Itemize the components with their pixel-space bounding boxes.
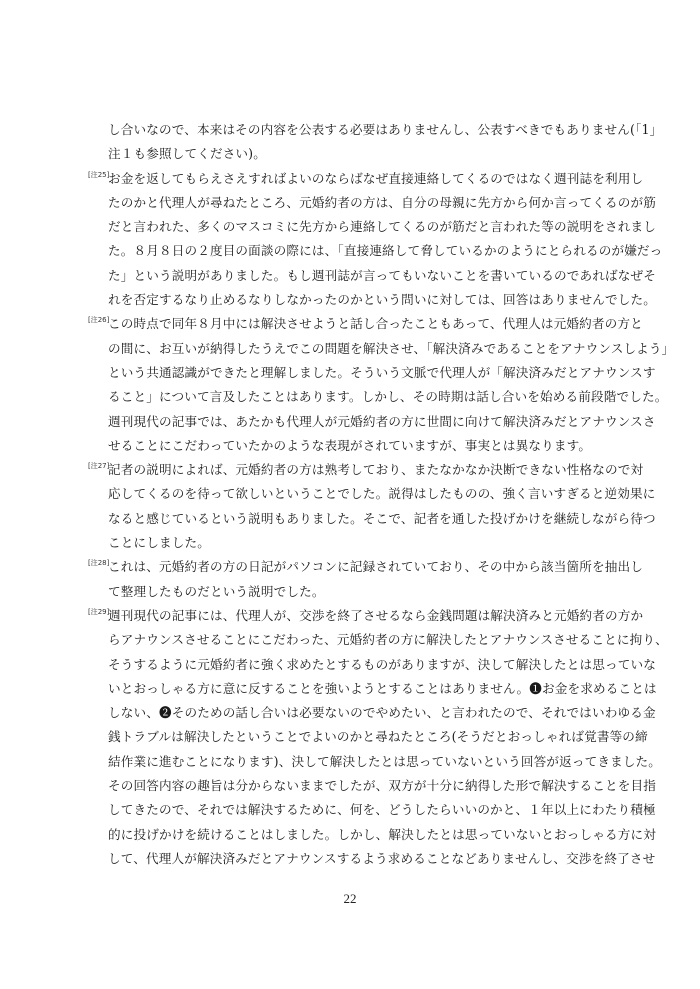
- text-line: お金を返してもらえさえすればよいのならばなぜ直接連絡してくるのではなく週刊誌を利…: [108, 167, 636, 191]
- footnote-25: [注25] お金を返してもらえさえすればよいのならばなぜ直接連絡してくるのではな…: [88, 167, 636, 313]
- text-line: そうするように元婚約者に強く求めたとするものがありますが、決して解決したとは思っ…: [108, 653, 636, 677]
- footnote-26: [注26] この時点で同年８月中には解決させようと話し合ったこともあって、代理人…: [88, 312, 636, 458]
- text-line: 的に投げかけを続けることはしました。しかし、解決したとは思っていないとおっしゃる…: [108, 823, 636, 847]
- text-line: 応してくるのを待って欲しいということでした。説得はしたものの、強く言いすぎると逆…: [108, 482, 636, 506]
- text-line: この時点で同年８月中には解決させようと話し合ったこともあって、代理人は元婚約者の…: [108, 312, 636, 336]
- text-line: 記者の説明によれば、元婚約者の方は熟考しており、またなかなか決断できない性格なの…: [108, 458, 636, 482]
- text-line: してきたので、それでは解決するために、何を、どうしたらいいのかと、１年以上にわた…: [108, 798, 636, 822]
- note-marker: [注25]: [88, 170, 109, 180]
- footnote-29: [注29] 週刊現代の記事には、代理人が、交渉を終了させるなら金銭問題は解決済み…: [88, 604, 636, 871]
- text-line: しない、❷そのための話し合いは必要ないのでやめたい、と言われたので、それではいわ…: [108, 701, 636, 725]
- text-line: たのかと代理人が尋ねたところ、元婚約者の方は、自分の母親に先方から何か言ってくる…: [108, 191, 636, 215]
- document-page: し合いなので、本来はその内容を公表する必要はありませんし、公表すべきでもありませ…: [0, 0, 700, 989]
- footnote-28: [注28] これは、元婚約者の方の日記がパソコンに記録されていており、その中から…: [88, 555, 636, 604]
- text-line: 週刊現代の記事には、代理人が、交渉を終了させるなら金銭問題は解決済みと元婚約者の…: [108, 604, 636, 628]
- note-marker: [注29]: [88, 607, 109, 617]
- continuation-paragraph: し合いなので、本来はその内容を公表する必要はありませんし、公表すべきでもありませ…: [88, 118, 636, 167]
- text-line: これは、元婚約者の方の日記がパソコンに記録されていており、その中から該当箇所を抽…: [108, 555, 636, 579]
- footnote-27: [注27] 記者の説明によれば、元婚約者の方は熟考しており、またなかなか決断でき…: [88, 458, 636, 555]
- text-line: だと言われた、多くのマスコミに先方から連絡してくるのが筋だと言われた等の説明をさ…: [108, 215, 636, 239]
- text-line: いとおっしゃる方に意に反することを強いようとすることはありません。❶お金を求める…: [108, 677, 636, 701]
- text-line: 注１も参照してください)。: [108, 142, 636, 166]
- text-line: なると感じているという説明もありました。そこで、記者を通した投げかけを継続しなが…: [108, 507, 636, 531]
- page-body: し合いなので、本来はその内容を公表する必要はありませんし、公表すべきでもありませ…: [88, 118, 636, 871]
- text-line: ことにしました。: [108, 531, 636, 555]
- text-line: せることにこだわっていたかのような表現がされていますが、事実とは異なります。: [108, 434, 636, 458]
- note-marker: [注27]: [88, 461, 109, 471]
- text-line: して、代理人が解決済みだとアナウンスするよう求めることなどありませんし、交渉を終…: [108, 847, 636, 871]
- text-line: という共通認識ができたと理解しました。そういう文脈で代理人が「解決済みだとアナウ…: [108, 361, 636, 385]
- text-line: し合いなので、本来はその内容を公表する必要はありませんし、公表すべきでもありませ…: [108, 118, 636, 142]
- text-line: 銭トラブルは解決したということでよいのかと尋ねたところ(そうだとおっしゃれば覚書…: [108, 725, 636, 749]
- text-line: の間に、お互いが納得したうえでこの問題を解決させ、「解決済みであることをアナウン…: [108, 337, 636, 361]
- text-line: て整理したものだという説明でした。: [108, 580, 636, 604]
- text-line: た。８月８日の２度目の面談の際には、「直接連絡して脅しているかのようにとられるの…: [108, 239, 636, 263]
- page-number: 22: [0, 891, 700, 907]
- text-line: 週刊現代の記事では、あたかも代理人が元婚約者の方に世間に向けて解決済みだとアナウ…: [108, 410, 636, 434]
- note-marker: [注28]: [88, 558, 109, 568]
- text-line: ること」について言及したことはあります。しかし、その時期は話し合いを始める前段階…: [108, 385, 636, 409]
- note-marker: [注26]: [88, 315, 109, 325]
- text-line: れを否定するなり止めるなりしなかったのかという問いに対しては、回答はありませんで…: [108, 288, 636, 312]
- text-line: その回答内容の趣旨は分からないままでしたが、双方が十分に納得した形で解決すること…: [108, 774, 636, 798]
- text-line: た」という説明がありました。もし週刊誌が言ってもいないことを書いているのであれば…: [108, 264, 636, 288]
- text-line: 結作業に進むことになります)、決して解決したとは思っていないという回答が返ってき…: [108, 750, 636, 774]
- text-line: らアナウンスさせることにこだわった、元婚約者の方に解決したとアナウンスさせること…: [108, 628, 636, 652]
